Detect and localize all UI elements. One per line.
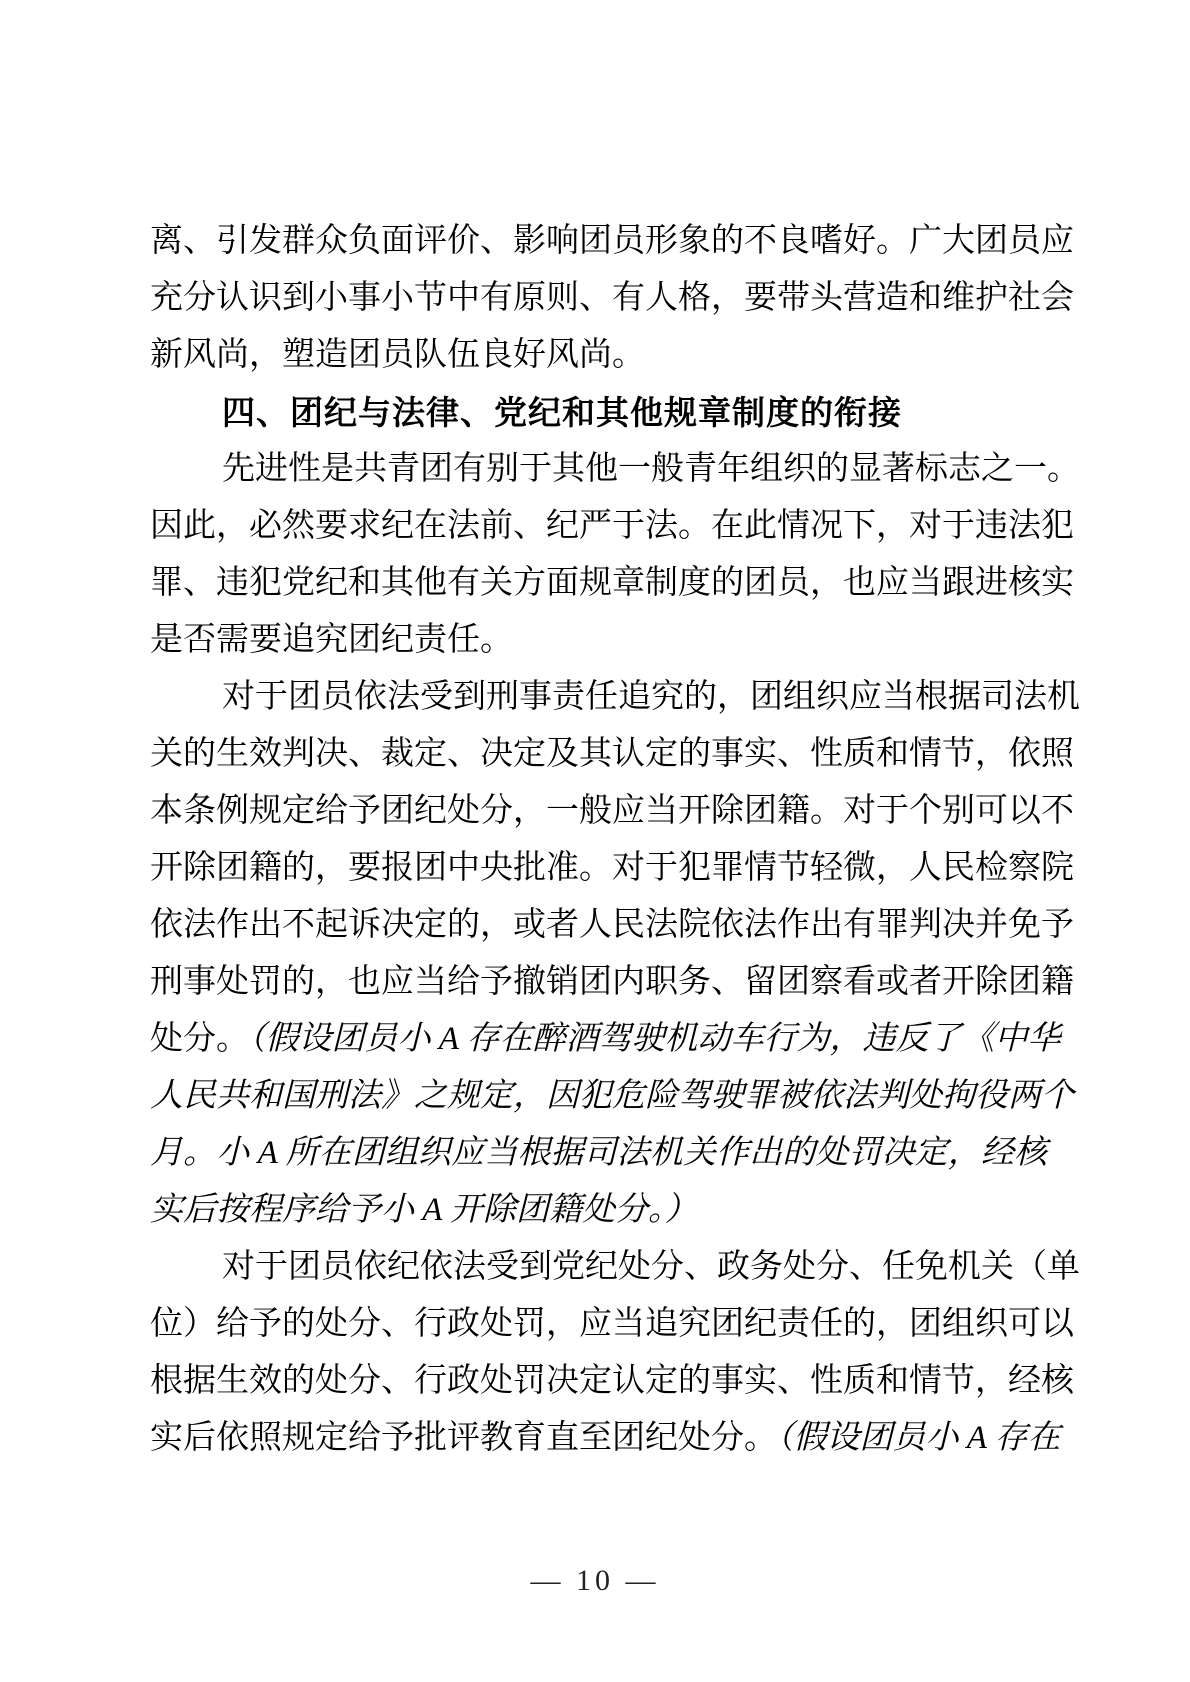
text-line: 实后依照规定给予批评教育直至团纪处分。（假设团员小 A 存在	[150, 1410, 1047, 1467]
text-run: 新风尚，塑造团员队伍良好风尚。	[150, 337, 645, 373]
text-line: 本条例规定给予团纪处分，一般应当开除团籍。对于个别可以不	[150, 783, 1047, 840]
text-line: 对于团员依纪依法受到党纪处分、政务处分、任免机关（单	[150, 1239, 1047, 1296]
text-line: 新风尚，塑造团员队伍良好风尚。	[150, 327, 1047, 384]
text-run: 依法作出不起诉决定的，或者人民法院依法作出有罪判决并免予	[150, 907, 1074, 943]
text-line: 因此，必然要求纪在法前、纪严于法。在此情况下，对于违法犯	[150, 498, 1047, 555]
text-run: 罪、违犯党纪和其他有关方面规章制度的团员，也应当跟进核实	[150, 565, 1074, 601]
text-run: 因此，必然要求纪在法前、纪严于法。在此情况下，对于违法犯	[150, 508, 1074, 544]
kai-text-run: （假设团员小 A 存在	[777, 1420, 1061, 1456]
text-run: 是否需要追究团纪责任。	[150, 622, 513, 658]
page-number: — 10 —	[0, 1560, 1190, 1602]
text-line: 位）给予的处分、行政处罚，应当追究团纪责任的，团组织可以	[150, 1296, 1047, 1353]
text-line: 人民共和国刑法》之规定，因犯危险驾驶罪被依法判处拘役两个	[150, 1068, 1047, 1125]
text-run: 开除团籍的，要报团中央批准。对于犯罪情节轻微，人民检察院	[150, 850, 1074, 886]
text-line: 依法作出不起诉决定的，或者人民法院依法作出有罪判决并免予	[150, 897, 1047, 954]
text-run: 离、引发群众负面评价、影响团员形象的不良嗜好。广大团员应	[150, 223, 1074, 259]
kai-text-run: （假设团员小 A 存在醉酒驾驶机动车行为，违反了《中华	[249, 1021, 1061, 1057]
text-run: 充分认识到小事小节中有原则、有人格，要带头营造和维护社会	[150, 280, 1074, 316]
text-run: 本条例规定给予团纪处分，一般应当开除团籍。对于个别可以不	[150, 793, 1074, 829]
text-run: 位）给予的处分、行政处罚，应当追究团纪责任的，团组织可以	[150, 1306, 1074, 1342]
text-line: 关的生效判决、裁定、决定及其认定的事实、性质和情节，依照	[150, 726, 1047, 783]
kai-text-run: 实后按程序给予小 A 开除团籍处分。）	[150, 1192, 698, 1228]
text-run: 先进性是共青团有别于其他一般青年组织的显著标志之一。	[222, 451, 1080, 487]
text-run: 处分。	[150, 1021, 249, 1057]
text-line: 是否需要追究团纪责任。	[150, 612, 1047, 669]
text-line: 处分。（假设团员小 A 存在醉酒驾驶机动车行为，违反了《中华	[150, 1011, 1047, 1068]
text-run: 刑事处罚的，也应当给予撤销团内职务、留团察看或者开除团籍	[150, 964, 1074, 1000]
text-run: 实后依照规定给予批评教育直至团纪处分。	[150, 1420, 777, 1456]
text-run: 根据生效的处分、行政处罚决定认定的事实、性质和情节，经核	[150, 1363, 1074, 1399]
text-line: 先进性是共青团有别于其他一般青年组织的显著标志之一。	[150, 441, 1047, 498]
kai-text-run: 人民共和国刑法》之规定，因犯危险驾驶罪被依法判处拘役两个	[150, 1078, 1074, 1114]
text-run: 关的生效判决、裁定、决定及其认定的事实、性质和情节，依照	[150, 736, 1074, 772]
text-run: 对于团员依法受到刑事责任追究的，团组织应当根据司法机	[222, 679, 1080, 715]
text-line: 对于团员依法受到刑事责任追究的，团组织应当根据司法机	[150, 669, 1047, 726]
section-heading: 四、团纪与法律、党纪和其他规章制度的衔接	[150, 384, 1047, 441]
kai-text-run: 月。小 A 所在团组织应当根据司法机关作出的处罚决定，经核	[150, 1135, 1047, 1171]
document-page: 离、引发群众负面评价、影响团员形象的不良嗜好。广大团员应 充分认识到小事小节中有…	[0, 0, 1190, 1682]
text-line: 开除团籍的，要报团中央批准。对于犯罪情节轻微，人民检察院	[150, 840, 1047, 897]
text-line: 充分认识到小事小节中有原则、有人格，要带头营造和维护社会	[150, 270, 1047, 327]
text-run: 对于团员依纪依法受到党纪处分、政务处分、任免机关（单	[222, 1249, 1080, 1285]
text-line: 实后按程序给予小 A 开除团籍处分。）	[150, 1182, 1047, 1239]
text-line: 离、引发群众负面评价、影响团员形象的不良嗜好。广大团员应	[150, 213, 1047, 270]
text-line: 月。小 A 所在团组织应当根据司法机关作出的处罚决定，经核	[150, 1125, 1047, 1182]
text-line: 刑事处罚的，也应当给予撤销团内职务、留团察看或者开除团籍	[150, 954, 1047, 1011]
heading-text: 四、团纪与法律、党纪和其他规章制度的衔接	[222, 394, 902, 431]
text-line: 根据生效的处分、行政处罚决定认定的事实、性质和情节，经核	[150, 1353, 1047, 1410]
text-block: 离、引发群众负面评价、影响团员形象的不良嗜好。广大团员应 充分认识到小事小节中有…	[150, 213, 1047, 1467]
text-line: 罪、违犯党纪和其他有关方面规章制度的团员，也应当跟进核实	[150, 555, 1047, 612]
